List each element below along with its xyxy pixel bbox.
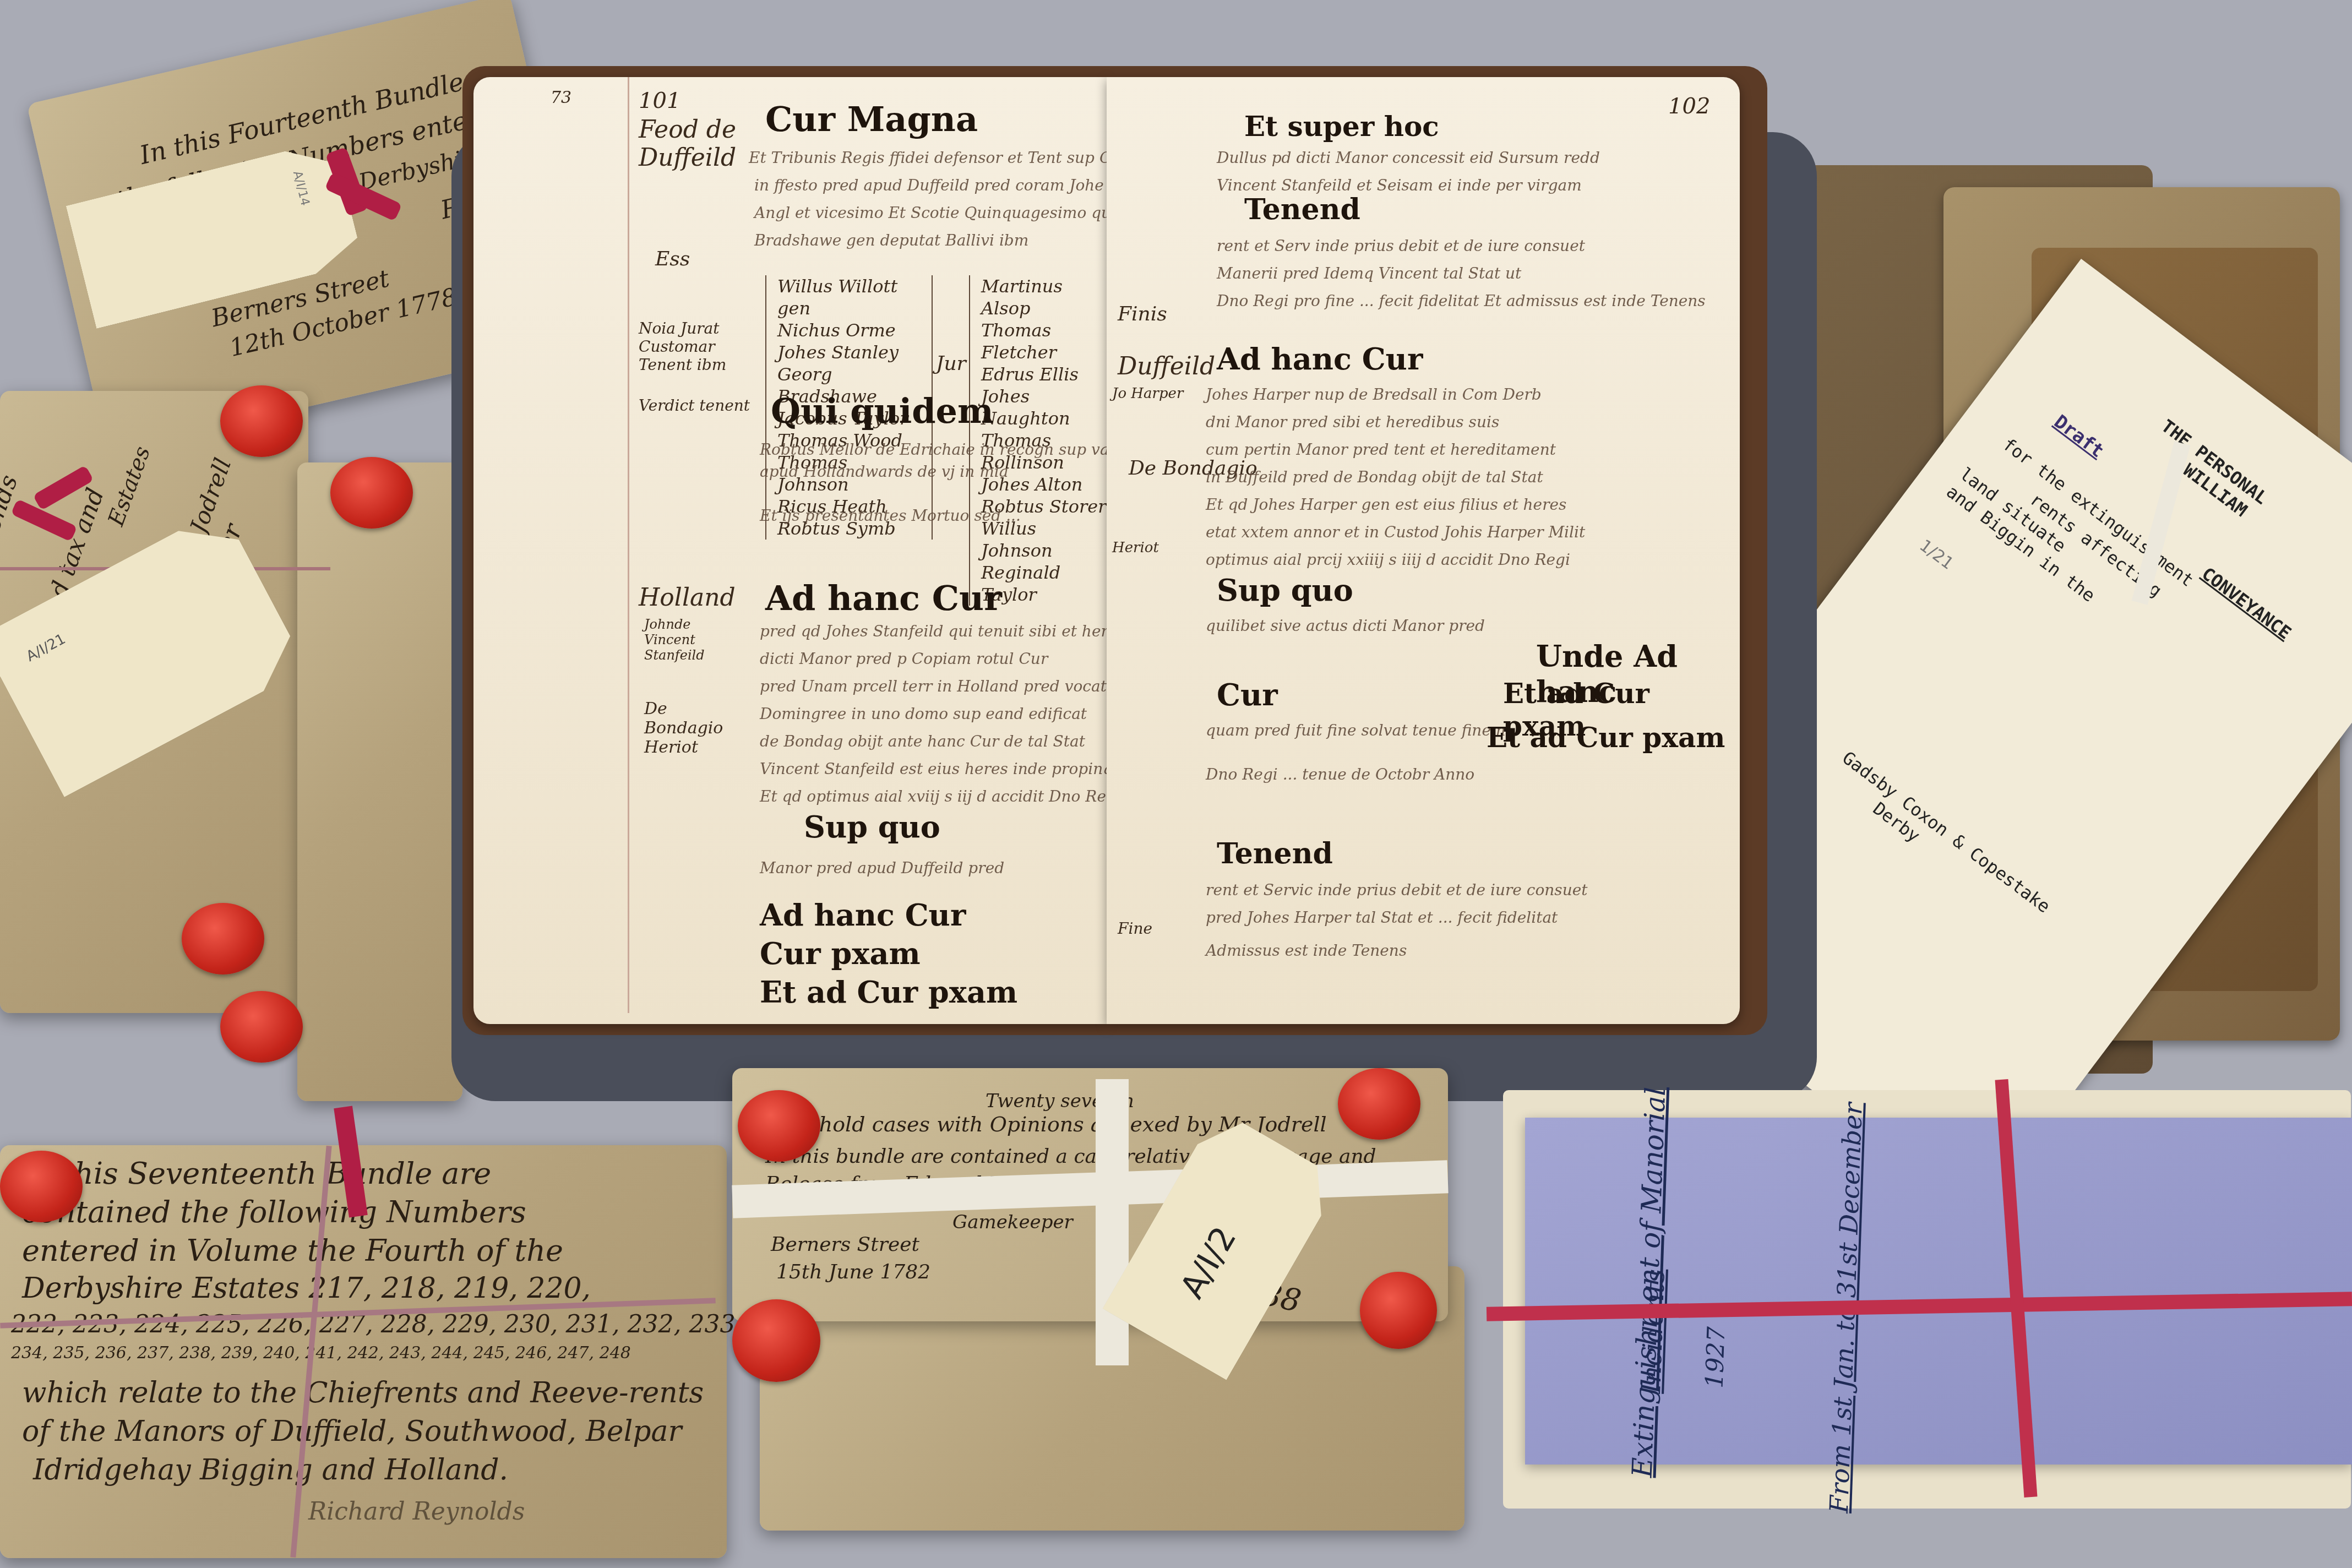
bundle-bottom-left-line-2: contained the following Numbers [22,1195,526,1229]
wax-seal [182,903,264,974]
rubric: Sup quo [1217,573,1353,608]
margin-note: Ess [655,248,690,270]
margin-note: Verdict tenent [639,396,750,415]
typed-firm: Gadsby Coxon & Copestake [1838,747,2054,917]
bundle-mid-left-line-1: Reverends [0,471,23,603]
folio-mark: 73 [551,88,571,107]
wax-seal [0,1151,83,1222]
bundle-bottom-left-line-4: Derbyshire Estates 217, 218, 219, 220, [22,1272,591,1305]
bundle-bottom-left-line-9: Idridgehay Bigging and Holland. [33,1453,508,1487]
rubric: Et ad Cur pxam [760,974,1017,1010]
bundle-center-line-7: 15th June 1782 [776,1261,930,1283]
tag-label: A/I/14 [290,170,312,207]
margin-note: Noia Jurat Customar Tenent ibm [639,319,749,374]
wax-seal [330,457,413,529]
rubric: Cur pxam [760,936,921,971]
tag-label: A/I/2 [1173,1220,1244,1305]
typed-ref-pencil: 1/21 [1916,536,1957,573]
margin-note: Heriot [1112,540,1159,556]
rubric: Cur [1217,677,1278,712]
typed-draft-label: Draft [2050,411,2108,462]
rubric: Et ad Cur pxam [1487,721,1725,754]
wax-seal [732,1299,820,1382]
bundle-center-line-6: Berners Street [771,1233,919,1256]
blue-bundle-year: 1927 [1701,1326,1731,1389]
left-page: 73 101 Feod de Duffeild Ess Noia Jurat C… [473,77,1107,1024]
blue-bundle-subtitle: Incidents [1636,1268,1671,1394]
typed-line-4: CONVEYANCE [2198,563,2295,644]
page-number-left: 101 [639,88,680,113]
cotton-tape-vertical [1096,1079,1129,1365]
rubric: Et super hoc [1244,110,1439,143]
bundle-bottom-left-line-3: entered in Volume the Fourth of the [22,1233,563,1268]
margin-note: Johnde Vincent Stanfeild [644,617,738,663]
rubric: Ad hanc Cur [760,897,966,933]
rubric: Ad hanc Cur [765,578,1002,618]
bundle-bottom-left-line-7: which relate to the Chiefrents and Reeve… [22,1376,704,1409]
margin-note: Holland [639,584,736,612]
wax-seal [220,385,303,457]
rubric: Tenend [1217,837,1333,870]
rubric: Cur Magna [765,99,978,139]
bundle-bottom-left-line-1: In this Seventeenth Bundle are [22,1156,491,1191]
bundle-bottom-left-line-8: of the Manors of Duffield, Southwood, Be… [22,1415,682,1448]
right-page: 102 Et super hoc Dullus pd dicti Manor c… [1107,77,1740,1024]
open-court-book: 73 101 Feod de Duffeild Ess Noia Jurat C… [473,77,1762,1046]
rubric: Qui quidem [771,391,994,431]
rubric: Tenend [1244,193,1360,226]
bundle-mid-left-line-3: Estates [104,443,156,530]
bundle-mid-left-back [297,462,462,1101]
rubric: Sup quo [804,809,940,845]
margin-note: Finis [1118,303,1167,325]
rubric: Ad hanc Cur [1217,341,1423,377]
page-number-right: 102 [1668,94,1710,119]
margin-note: Duffeild [1118,352,1215,380]
tag-label: A/I/21 [24,631,68,665]
wax-seal [738,1090,820,1162]
margin-note: Fine [1118,919,1152,938]
bundle-bottom-left-line-10: Richard Reynolds [308,1498,525,1526]
margin-note: De Bondagio Heriot [644,699,738,757]
margin-note: Jo Harper [1112,385,1183,402]
bundle-bottom-left-line-6: 234, 235, 236, 237, 238, 239, 240, 241, … [11,1343,631,1363]
jur-label: Jur [936,352,966,375]
bundle-center-line-5: Gamekeeper [952,1211,1073,1233]
wax-seal [220,991,303,1063]
wax-seal [1338,1068,1420,1140]
margin-note: Feod de Duffeild [639,116,738,172]
bundle-bottom-right-blue: Extinguishment of Manorial Incidents Fro… [1487,1079,2352,1520]
wax-seal [1360,1272,1437,1349]
